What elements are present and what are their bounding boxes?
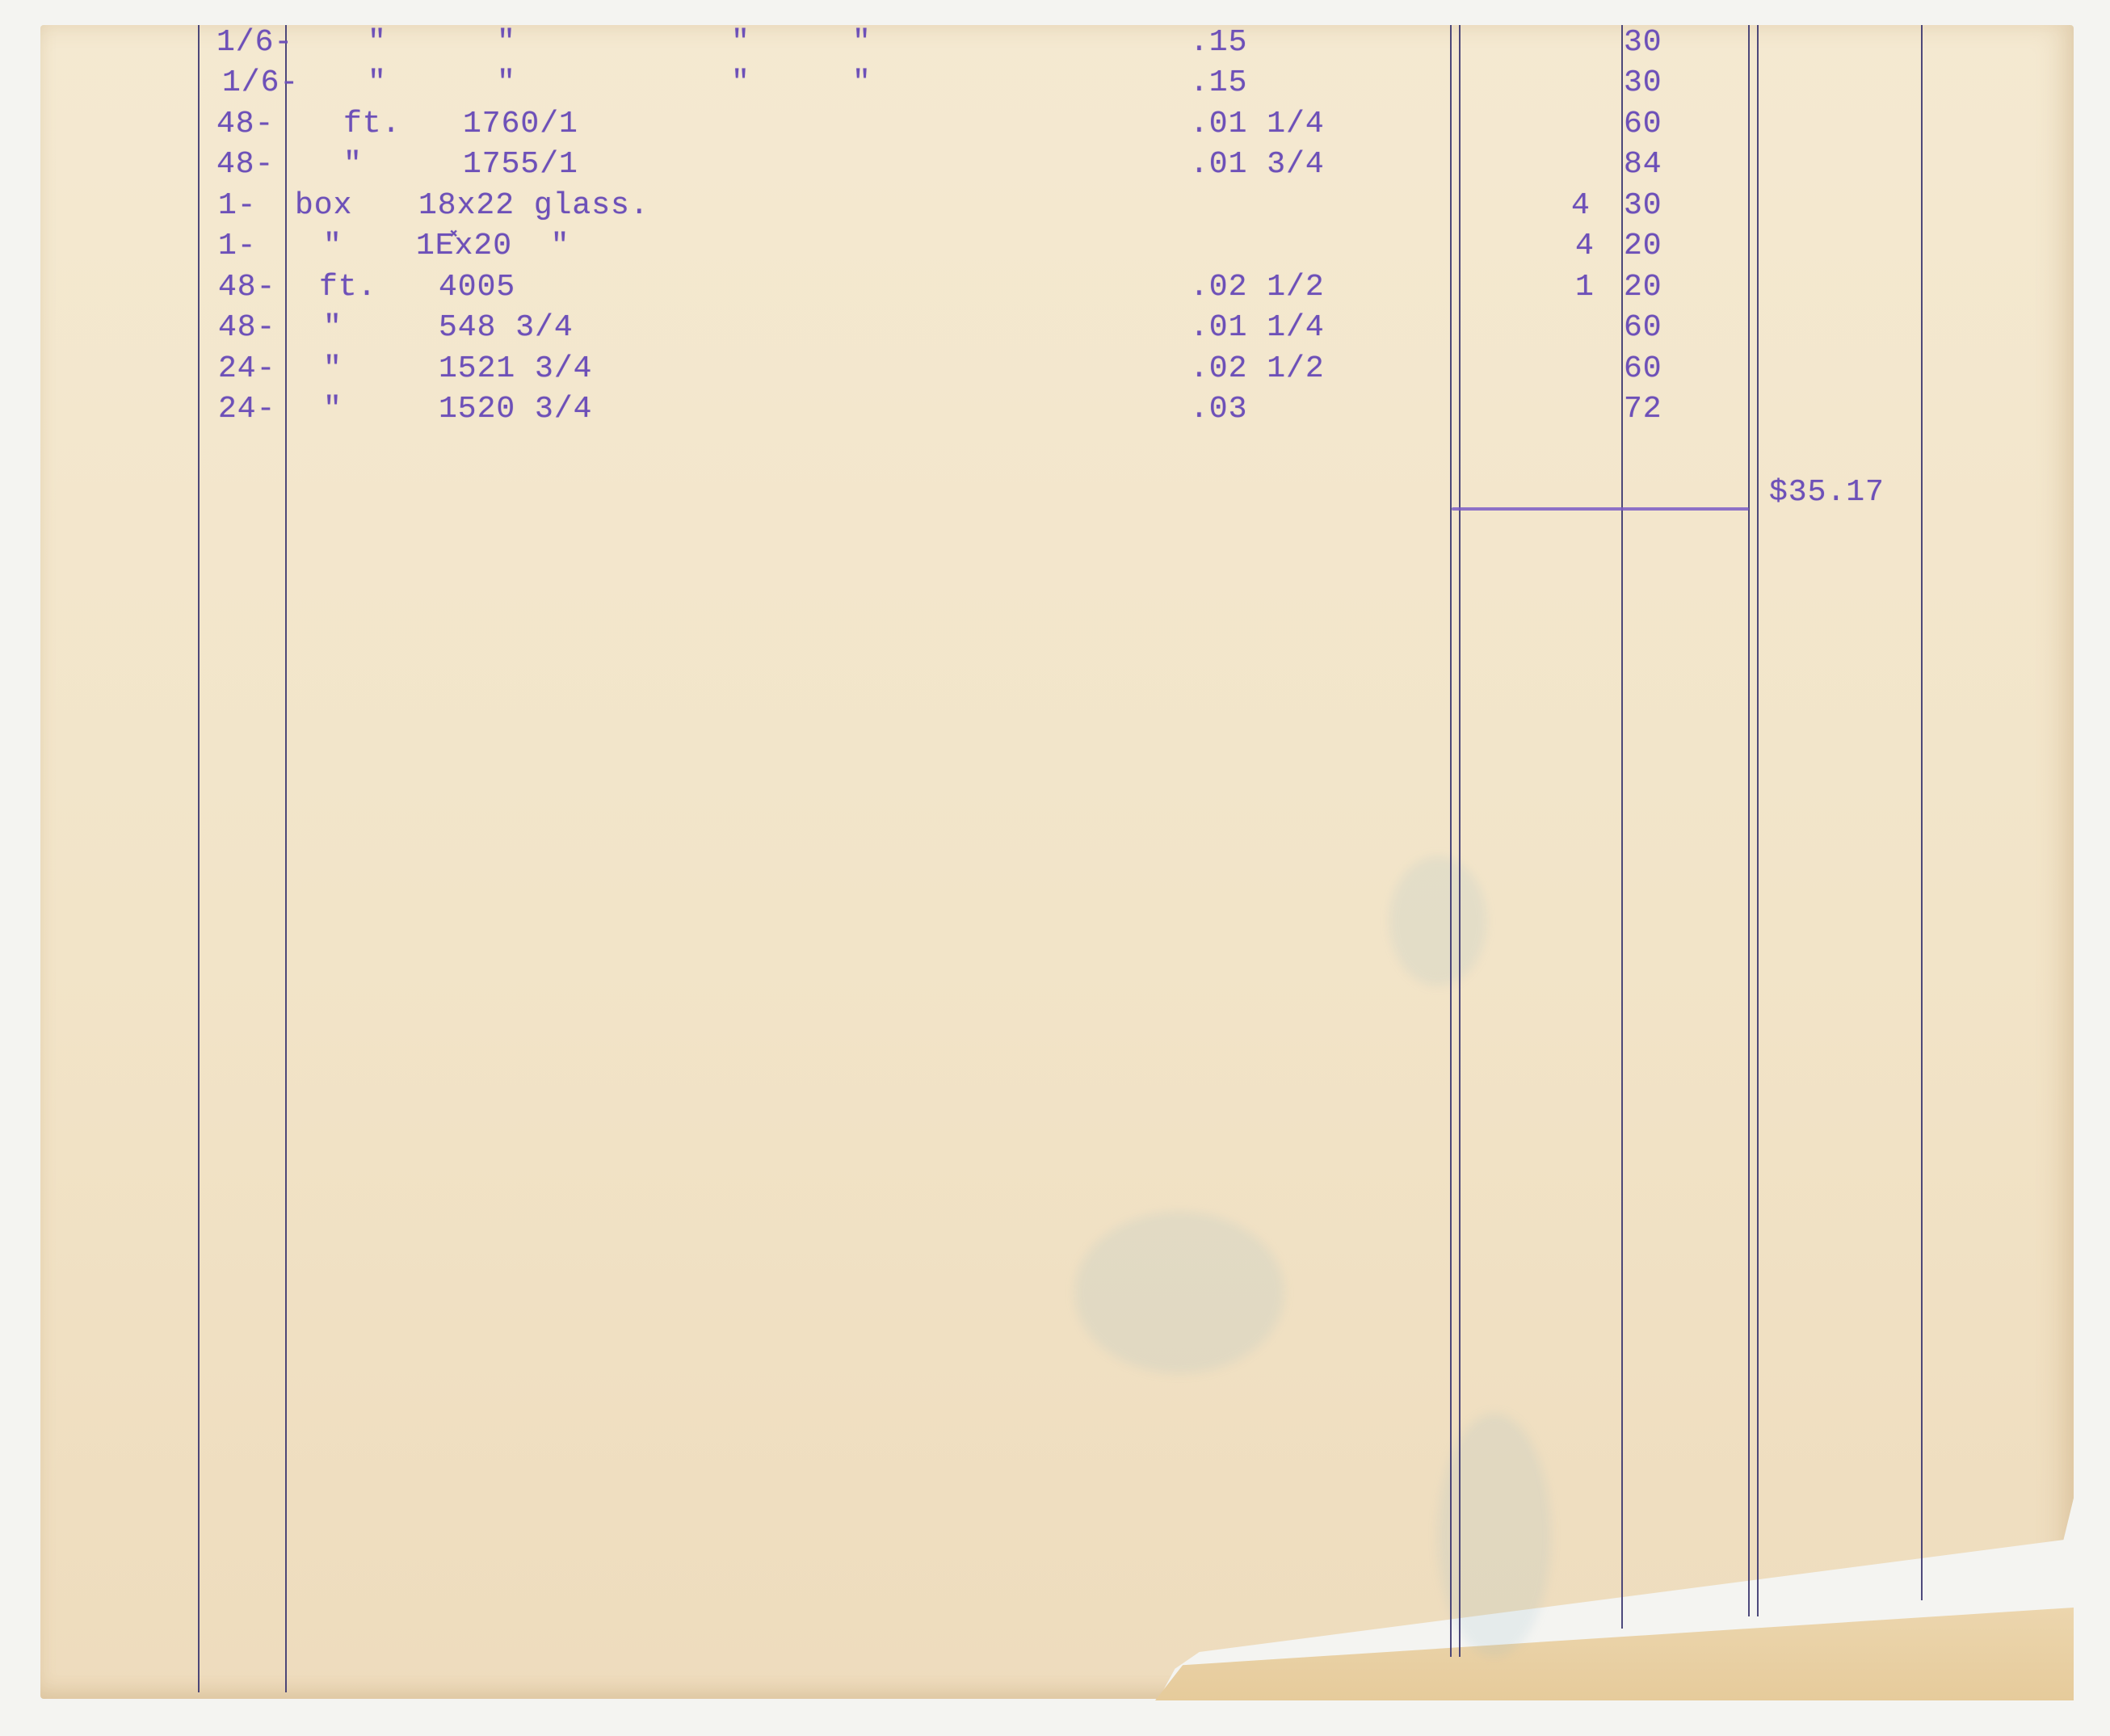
qty: 48- — [218, 308, 275, 348]
unit: " — [368, 63, 387, 103]
unit: " — [343, 145, 363, 185]
blue-smudge — [1389, 856, 1486, 986]
rate: .01 1/4 — [1190, 104, 1325, 145]
rate: .15 — [1190, 23, 1247, 63]
qty: 24- — [218, 349, 275, 389]
ruling-line-qty-left — [198, 25, 200, 1692]
qty: 1/6- — [222, 63, 299, 103]
qty: 1- — [218, 186, 257, 226]
unit: " — [323, 226, 343, 267]
subtotal-rule — [1452, 507, 1749, 511]
unit: " — [323, 349, 343, 389]
qty: 24- — [218, 389, 275, 430]
qty: 48- — [216, 145, 274, 185]
dollars: 4 — [1571, 186, 1591, 226]
unit: ft. — [343, 104, 401, 145]
description: 1E̽x20 " — [416, 226, 570, 267]
ruling-line-amount-left-a — [1450, 25, 1452, 1657]
description: 1520 3/4 — [439, 389, 592, 430]
description: " — [497, 23, 516, 63]
qty: 48- — [218, 267, 275, 308]
ruling-line-total-right — [1921, 25, 1923, 1600]
unit: " — [323, 389, 343, 430]
description: 1760/1 — [463, 104, 578, 145]
cents: 84 — [1624, 145, 1662, 185]
qty: 1/6- — [216, 23, 293, 63]
ditto: " — [852, 23, 872, 63]
invoice-total: $35.17 — [1769, 473, 1885, 513]
description: 4005 — [439, 267, 515, 308]
ruling-line-cents — [1621, 25, 1623, 1629]
description: 18x22 glass. — [418, 186, 649, 226]
ruling-line-total-left-b — [1757, 25, 1759, 1616]
unit: " — [323, 308, 343, 348]
unit: box — [295, 186, 352, 226]
rate: .01 3/4 — [1190, 145, 1325, 185]
rate: .02 1/2 — [1190, 349, 1325, 389]
ditto: " — [852, 63, 872, 103]
ditto: " — [731, 63, 750, 103]
cents: 72 — [1624, 389, 1662, 430]
description: 1755/1 — [463, 145, 578, 185]
cents: 30 — [1624, 186, 1662, 226]
description: 1521 3/4 — [439, 349, 592, 389]
rate: .03 — [1190, 389, 1247, 430]
cents: 20 — [1624, 226, 1662, 267]
rate: .01 1/4 — [1190, 308, 1325, 348]
unit: " — [368, 23, 387, 63]
dollars: 4 — [1575, 226, 1595, 267]
cents: 30 — [1624, 23, 1662, 63]
dollars: 1 — [1575, 267, 1595, 308]
blue-smudge — [1074, 1212, 1284, 1373]
ruling-line-qty-right — [285, 25, 287, 1692]
ruling-line-amount-left-b — [1459, 25, 1461, 1657]
description: " — [497, 63, 516, 103]
cents: 60 — [1624, 349, 1662, 389]
ruling-line-total-left-a — [1748, 25, 1750, 1616]
unit: ft. — [319, 267, 376, 308]
qty: 48- — [216, 104, 274, 145]
qty: 1- — [218, 226, 257, 267]
rate: .02 1/2 — [1190, 267, 1325, 308]
cents: 30 — [1624, 63, 1662, 103]
cents: 60 — [1624, 104, 1662, 145]
blue-smudge — [1438, 1414, 1551, 1656]
cents: 60 — [1624, 308, 1662, 348]
description: 548 3/4 — [439, 308, 574, 348]
cents: 20 — [1624, 267, 1662, 308]
rate: .15 — [1190, 63, 1247, 103]
ditto: " — [731, 23, 750, 63]
